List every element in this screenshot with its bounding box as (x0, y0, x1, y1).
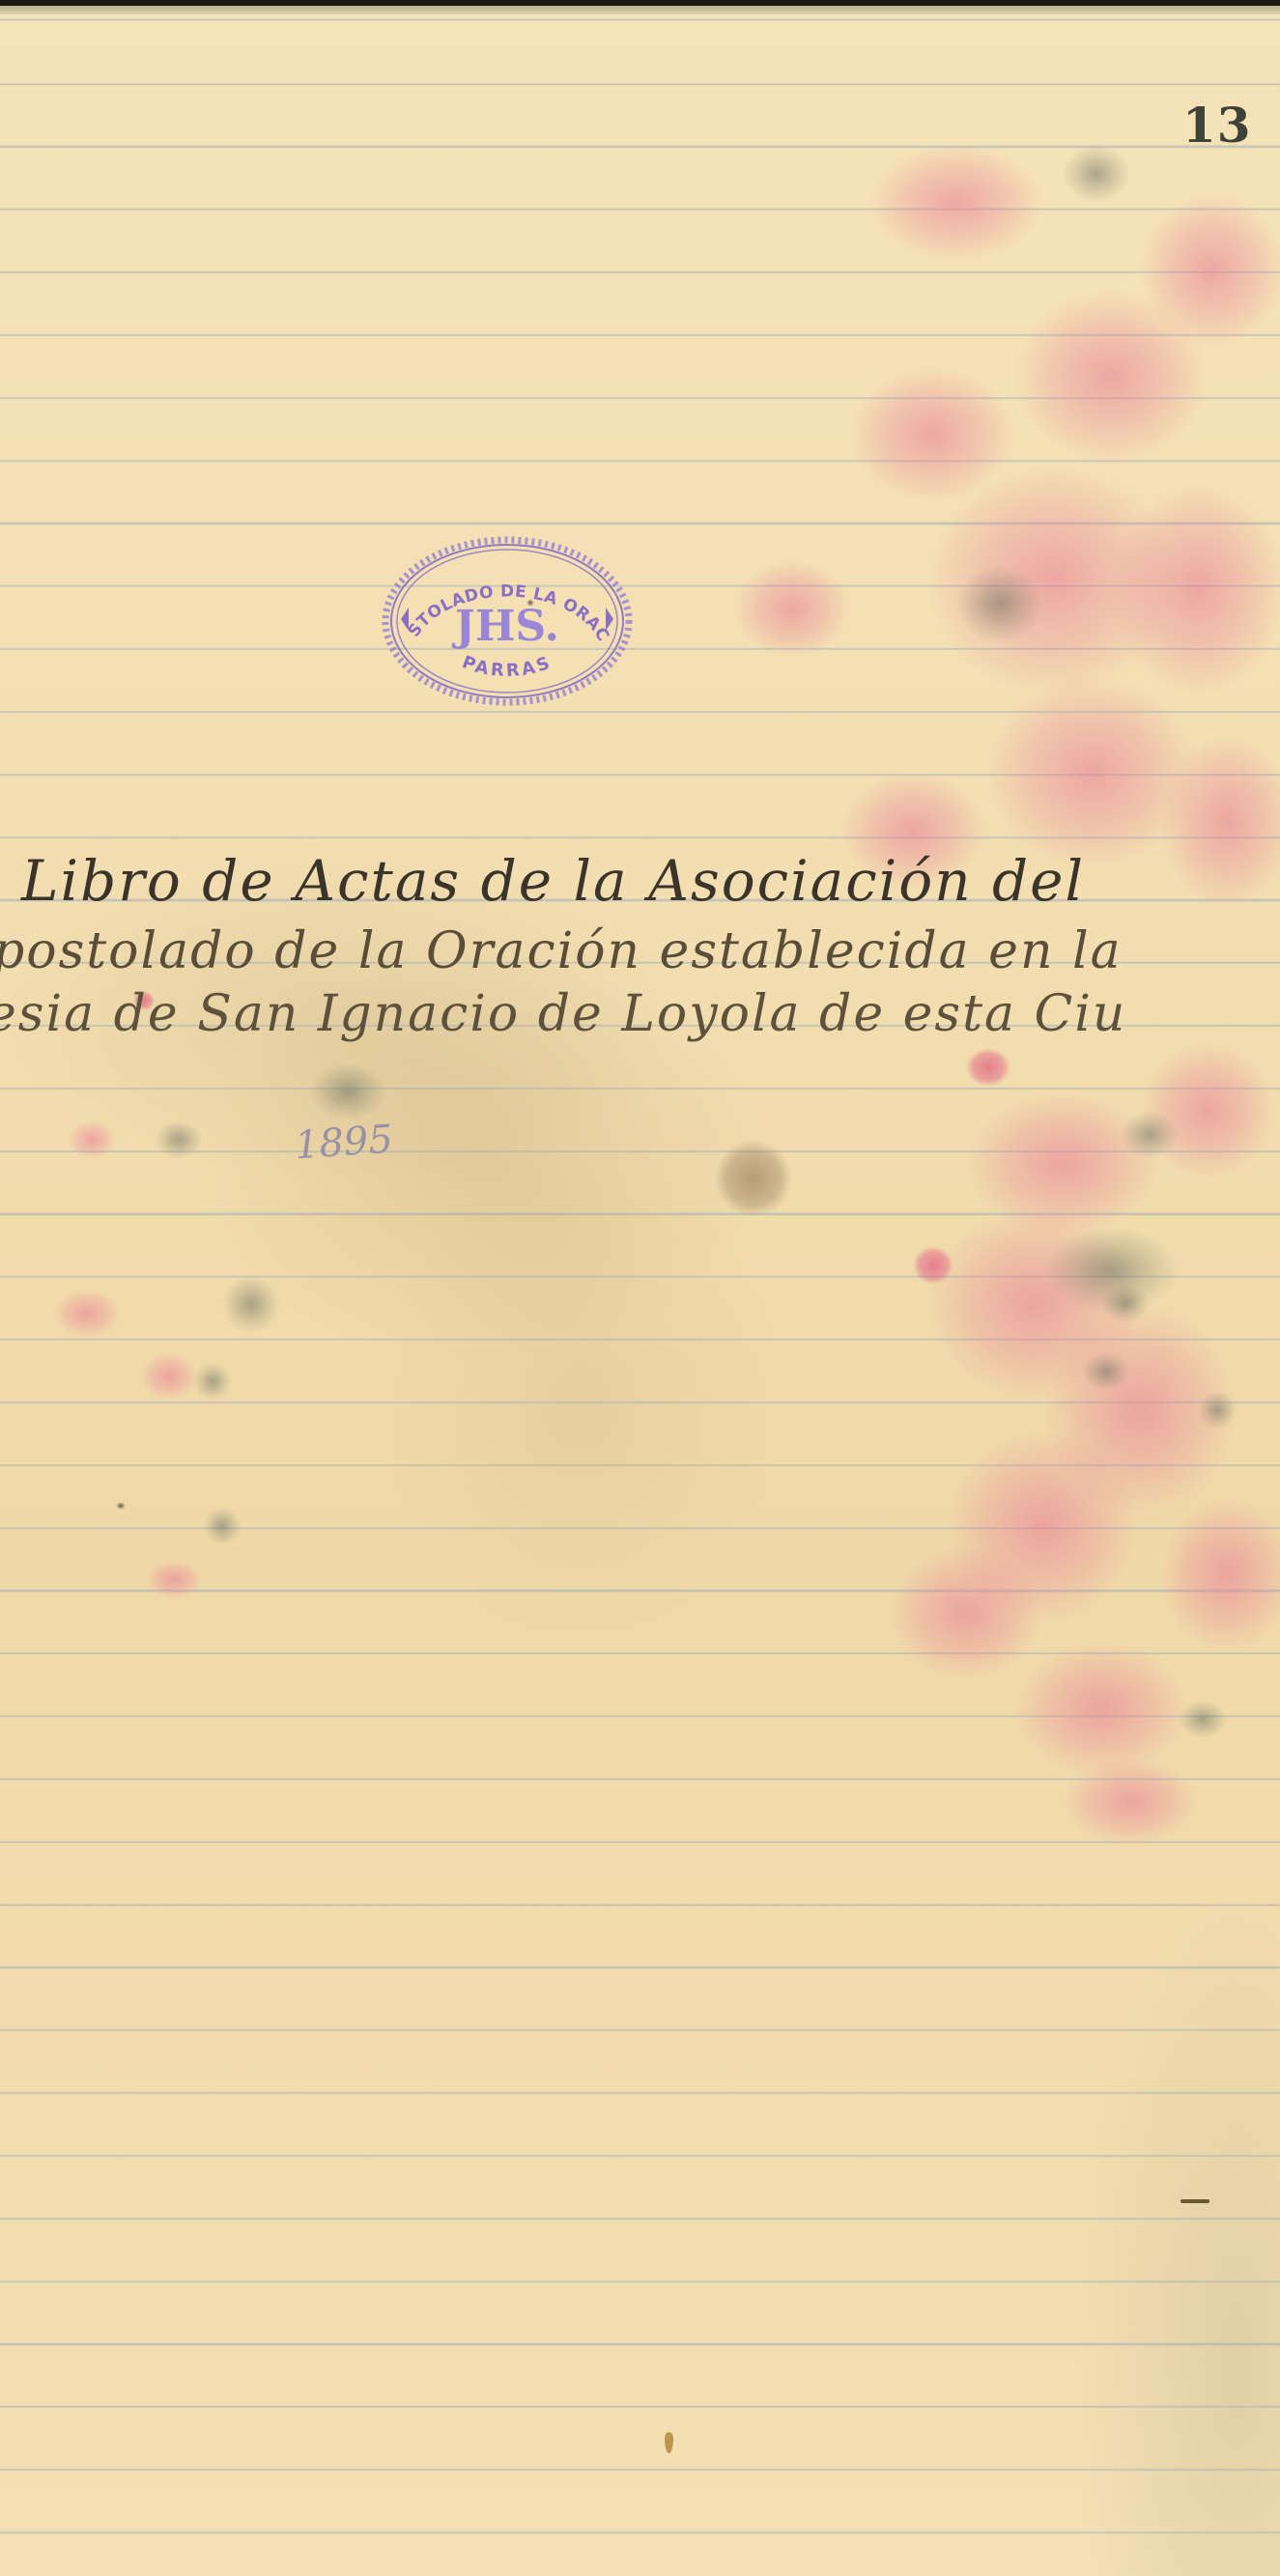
handwritten-title-line-3: esia de San Ignacio de Loyola de esta Ci… (0, 985, 1126, 1043)
svg-text:PARRAS: PARRAS (459, 652, 555, 681)
ruled-lines (0, 0, 1280, 2576)
oval-ink-stamp: APOSTOLADO DE LA ORACION JHS. PARRAS (380, 534, 635, 708)
stamp-left-triangle-icon (401, 608, 409, 631)
handwritten-title-line-2: postolado de la Oración establecida en l… (0, 922, 1123, 980)
handwritten-title-line-1: Libro de Actas de la Asociación del (21, 848, 1085, 914)
page-number: 13 (1182, 97, 1252, 154)
stamp-right-triangle-icon (606, 608, 613, 631)
manuscript-page: 13 APOSTOLADO DE LA ORACION JHS. PARRAS … (0, 0, 1280, 2576)
stamp-center-text: JHS. (451, 602, 559, 651)
ink-dash-mark (1180, 2199, 1209, 2203)
stamp-bottom-text: PARRAS (459, 652, 555, 681)
pencil-year-annotation: 1895 (294, 1118, 395, 1169)
